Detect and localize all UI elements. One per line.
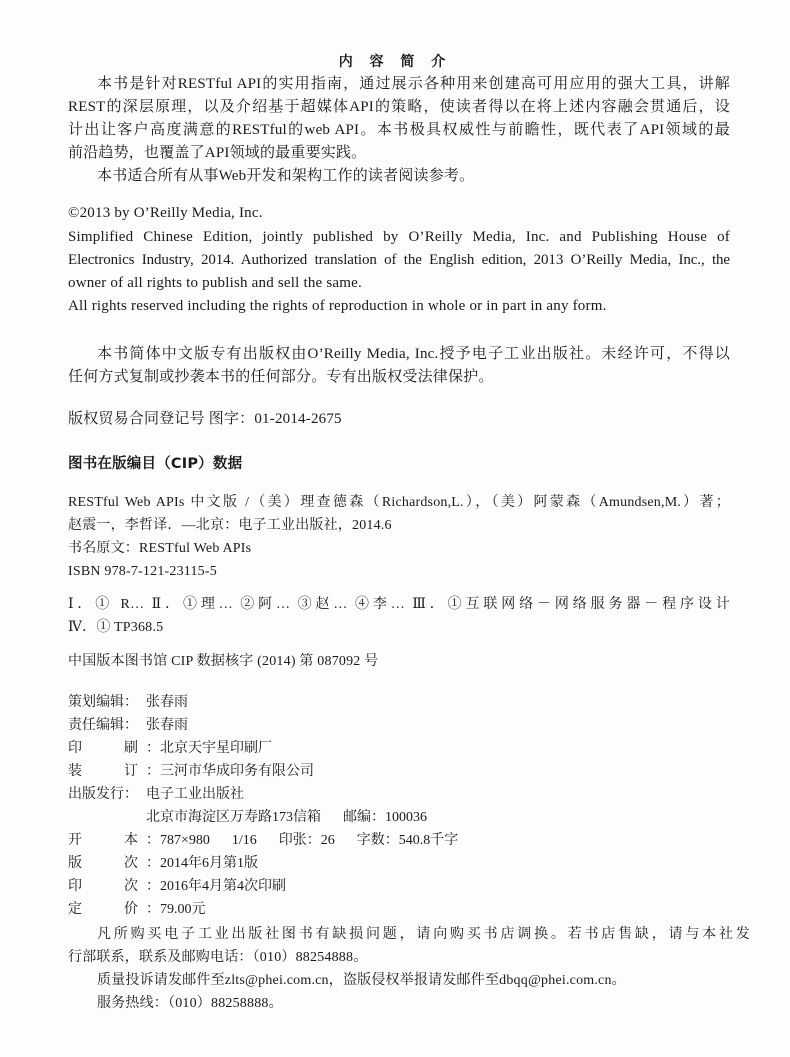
copyright-page: 内 容 简 介 本书是针对RESTful API的实用指南，通过展示各种用来创建…	[0, 0, 790, 1057]
contract-number: 版权贸易合同登记号 图字：01-2014-2675	[68, 409, 730, 429]
format-size: 787×980	[160, 833, 210, 848]
printer-value: 北京天宇星印刷厂	[160, 741, 272, 756]
colon: ：	[146, 741, 160, 756]
colon: ：	[146, 879, 160, 894]
colon: ：	[146, 833, 160, 848]
service-hotline: 服务热线：（010）88258888。	[97, 994, 730, 1014]
edition-label: 版次	[68, 854, 138, 874]
planning-editor: 策划编辑：张春雨	[68, 693, 188, 713]
sheets-value: 26	[321, 833, 335, 848]
copyright-line-3: owner of all rights to publish and sell …	[68, 273, 730, 293]
summary-line-2: REST的深层原理，以及介绍基于超媒体API的策略，使读者得以在将上述内容融会贯…	[68, 97, 730, 117]
price-value: 79.00元	[160, 902, 206, 917]
notice-line-2: 行部联系，联系及邮购电话：（010）88254888。	[68, 948, 730, 968]
complaint-email: 质量投诉请发邮件至zlts@phei.com.cn，盗版侵权举报请发邮件至dbq…	[97, 971, 730, 991]
planning-editor-label: 策划编辑：	[68, 693, 146, 713]
summary-line-1: 本书是针对RESTful API的实用指南，通过展示各种用来创建高可用应用的强大…	[97, 74, 730, 94]
copyright-notice: ©2013 by O’Reilly Media, Inc.	[68, 203, 730, 223]
format-fold: 1/16	[232, 833, 257, 848]
license-line-2: 任何方式复制或抄袭本书的任何部分。专有出版权受法律保护。	[68, 367, 730, 387]
copyright-line-2: Electronics Industry, 2014. Authorized t…	[68, 250, 730, 270]
words-label: 字数：	[357, 833, 399, 848]
printer-label: 印刷	[68, 739, 138, 759]
cip-isbn: ISBN 978-7-121-23115-5	[68, 562, 730, 582]
notice-line-1: 凡所购买电子工业出版社图书有缺损问题，请向购买书店调换。若书店售缺，请与本社发	[97, 925, 750, 945]
cip-classification-2: Ⅳ．① TP368.5	[68, 618, 730, 638]
publisher: 出版发行：电子工业出版社	[68, 785, 244, 805]
responsible-editor-label: 责任编辑：	[68, 716, 146, 736]
words-value: 540.8千字	[399, 833, 459, 848]
binder: 装订：三河市华成印务有限公司	[68, 762, 314, 782]
edition-value: 2014年6月第1版	[160, 856, 258, 871]
colon: ：	[146, 764, 160, 779]
address-value: 北京市海淀区万寿路173信箱	[146, 810, 321, 825]
impression-label: 印次	[68, 877, 138, 897]
binder-value: 三河市华成印务有限公司	[160, 764, 314, 779]
copyright-line-1: Simplified Chinese Edition, jointly publ…	[68, 227, 730, 247]
impression-value: 2016年4月第4次印刷	[160, 879, 286, 894]
impression: 印次：2016年4月第4次印刷	[68, 877, 286, 897]
postcode-value: 100036	[385, 810, 427, 825]
format-label: 开本	[68, 831, 138, 851]
postcode-label: 邮编：	[343, 810, 385, 825]
planning-editor-value: 张春雨	[146, 695, 188, 710]
cip-heading: 图书在版编目（CIP）数据	[68, 454, 730, 474]
publisher-label: 出版发行：	[68, 785, 146, 805]
cip-line-1: RESTful Web APIs 中文版 /（美）理查德森（Richardson…	[68, 493, 730, 513]
publisher-value: 电子工业出版社	[146, 787, 244, 802]
cip-classification-1: Ⅰ．① R… Ⅱ．①理… ②阿… ③赵… ④李… Ⅲ．①互联网络－网络服务器－程…	[68, 595, 730, 615]
summary-audience: 本书适合所有从事Web开发和架构工作的读者阅读参考。	[97, 166, 730, 186]
edition: 版次：2014年6月第1版	[68, 854, 258, 874]
colon: ：	[146, 902, 160, 917]
printer: 印刷：北京天宇星印刷厂	[68, 739, 272, 759]
summary-title: 内 容 简 介	[0, 52, 790, 72]
price-label: 定价	[68, 900, 138, 920]
cip-line-3: 书名原文：RESTful Web APIs	[68, 539, 730, 559]
cip-record-number: 中国版本图书馆 CIP 数据核字 (2014) 第 087092 号	[68, 652, 730, 672]
sheets-label: 印张：	[279, 833, 321, 848]
book-format: 开本：787×9801/16印张：26字数：540.8千字	[68, 831, 458, 851]
responsible-editor-value: 张春雨	[146, 718, 188, 733]
binder-label: 装订	[68, 762, 138, 782]
responsible-editor: 责任编辑：张春雨	[68, 716, 188, 736]
cip-line-2: 赵震一，李哲译．—北京：电子工业出版社，2014.6	[68, 516, 730, 536]
summary-line-4: 前沿趋势，也覆盖了API领域的最重要实践。	[68, 143, 730, 163]
colon: ：	[146, 856, 160, 871]
publisher-address: 北京市海淀区万寿路173信箱邮编：100036	[146, 808, 427, 828]
price: 定价：79.00元	[68, 900, 206, 920]
rights-reserved: All rights reserved including the rights…	[68, 296, 730, 316]
license-line-1: 本书简体中文版专有出版权由O’Reilly Media, Inc.授予电子工业出…	[97, 344, 730, 364]
summary-line-3: 计出让客户高度满意的RESTful的web API。本书极具权威性与前瞻性，既代…	[68, 120, 730, 140]
